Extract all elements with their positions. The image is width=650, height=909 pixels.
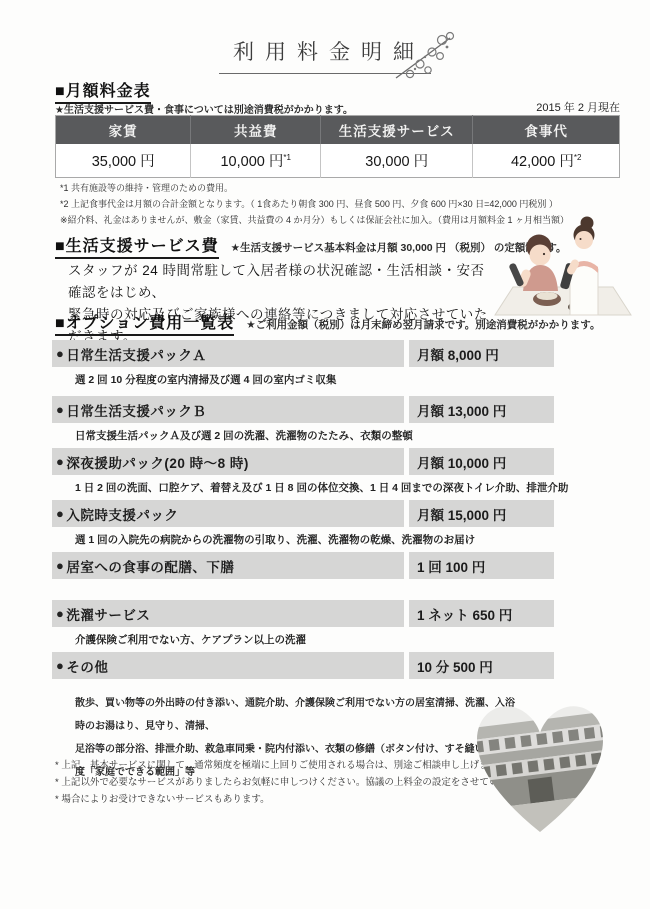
option-price-cell: 1 ネット 650 円 <box>409 600 554 627</box>
bullet-icon: ● <box>56 606 64 621</box>
other-option-detail-line1: 散歩、買い物等の外出時の付き添い、通院介助、介護保険ご利用でない方の居室清掃、洗… <box>75 692 515 738</box>
option-row-other: ●その他 10 分 500 円 <box>52 652 554 679</box>
common-fee-value: 10,000 円*1 <box>191 144 321 178</box>
option-desc-hospitalization-pack: 週 1 回の入院先の病院からの洗濯物の引取り、洗濯、洗濯物の乾燥、洗濯物のお届け <box>75 532 475 547</box>
support-heading: ■生活支援サービス費 <box>55 233 219 259</box>
bullet-icon: ● <box>56 506 64 521</box>
options-heading: ■オプション費用一覧表 <box>55 310 234 336</box>
rent-value: 35,000 円 <box>56 144 191 178</box>
option-name-cell: ●深夜援助パック(20 時～8 時) <box>52 448 404 475</box>
column-header-support-service: 生活支援サービス <box>321 116 473 145</box>
option-desc-daily-pack-a: 週 2 回 10 分程度の室内清掃及び週 4 回の室内ゴミ収集 <box>75 372 336 387</box>
footer-notes: * 上記、基本サービスに関して、通常頻度を極端に上回りご使用される場合は、別途ご… <box>55 757 485 808</box>
option-name-cell: ●日常生活支援パックＡ <box>52 340 404 367</box>
cooking-illustration <box>487 213 639 325</box>
option-price-cell: 月額 15,000 円 <box>409 500 554 527</box>
support-service-amount: 30,000 円 <box>365 154 428 170</box>
option-desc-laundry-service: 介護保険ご利用でない方、ケアプラン以上の洗濯 <box>75 632 306 647</box>
document-page: 利用料金明細 ■月額料金表 ★生活支援サービス費・食事については別途消費税がかか… <box>0 0 650 909</box>
option-name: その他 <box>66 656 108 676</box>
option-row-night-assist-pack: ●深夜援助パック(20 時～8 時) 月額 10,000 円 <box>52 448 554 475</box>
monthly-tax-note: ★生活支援サービス費・食事については別途消費税がかかります。 <box>55 101 353 116</box>
bullet-icon: ● <box>56 346 64 361</box>
options-note: ★ご利用金額（税別）は月末締め翌月請求です。別途消費税がかかります。 <box>246 319 600 331</box>
option-name-cell: ●その他 <box>52 652 404 679</box>
flower-sprig-icon <box>392 30 458 84</box>
option-name-cell: ●居室への食事の配膳、下膳 <box>52 552 404 579</box>
common-fee-footnote-mark: *1 <box>283 153 291 162</box>
common-fee-amount: 10,000 円 <box>220 154 283 170</box>
option-desc-night-assist-pack: 1 日 2 回の洗面、口腔ケア、着替え及び 1 日 8 回の体位交換、1 日 4… <box>75 480 568 495</box>
option-name-cell: ●洗濯サービス <box>52 600 404 627</box>
title-block: 利用料金明細 <box>0 36 650 74</box>
option-name-cell: ●日常生活支援パックＢ <box>52 396 404 423</box>
option-name-cell: ●入院時支援パック <box>52 500 404 527</box>
monthly-footnote-1: *1 共有施設等の維持・管理のための費用。 <box>60 181 233 194</box>
bullet-icon: ● <box>56 558 64 573</box>
column-header-meals: 食事代 <box>473 116 620 145</box>
monthly-footnote-2: *2 上記食事代金は月額の合計金額となります。（ 1食あたり朝食 300 円、昼… <box>60 197 558 210</box>
support-description-line1: スタッフが 24 時間常駐して入居者様の状況確認・生活相談・安否確認をはじめ、 <box>68 260 498 304</box>
option-name: 洗濯サービス <box>66 604 150 624</box>
as-of-date: 2015 年 2 月現在 <box>536 99 620 115</box>
option-name: 日常生活支援パックＢ <box>66 400 206 420</box>
option-price-cell: 1 回 100 円 <box>409 552 554 579</box>
footer-note-1: * 上記、基本サービスに関して、通常頻度を極端に上回りご使用される場合は、別途ご… <box>55 757 485 774</box>
price-table-header-row: 家賃 共益費 生活支援サービス 食事代 <box>56 116 620 145</box>
option-name: 日常生活支援パックＡ <box>66 344 206 364</box>
rent-amount: 35,000 円 <box>92 154 155 170</box>
option-row-daily-pack-a: ●日常生活支援パックＡ 月額 8,000 円 <box>52 340 554 367</box>
option-name: 入院時支援パック <box>66 504 178 524</box>
column-header-rent: 家賃 <box>56 116 191 145</box>
option-name: 居室への食事の配膳、下膳 <box>66 556 234 576</box>
meals-footnote-mark: *2 <box>574 153 582 162</box>
option-row-meal-serving: ●居室への食事の配膳、下膳 1 回 100 円 <box>52 552 554 579</box>
option-price-cell: 月額 10,000 円 <box>409 448 554 475</box>
heart-building-photo <box>468 690 613 845</box>
meals-amount: 42,000 円 <box>511 154 574 170</box>
option-row-hospitalization-pack: ●入院時支援パック 月額 15,000 円 <box>52 500 554 527</box>
option-desc-daily-pack-b: 日常支援生活パックＡ及び週 2 回の洗濯、洗濯物のたたみ、衣類の整頓 <box>75 428 413 443</box>
column-header-common-fee: 共益費 <box>191 116 321 145</box>
bullet-icon: ● <box>56 402 64 417</box>
meals-value: 42,000 円*2 <box>473 144 620 178</box>
option-price-cell: 月額 8,000 円 <box>409 340 554 367</box>
support-service-value: 30,000 円 <box>321 144 473 178</box>
option-row-daily-pack-b: ●日常生活支援パックＢ 月額 13,000 円 <box>52 396 554 423</box>
option-row-laundry-service: ●洗濯サービス 1 ネット 650 円 <box>52 600 554 627</box>
monthly-price-table: 家賃 共益費 生活支援サービス 食事代 35,000 円 10,000 円*1 … <box>55 115 620 178</box>
bullet-icon: ● <box>56 454 64 469</box>
bullet-icon: ● <box>56 658 64 673</box>
options-section-header: ■オプション費用一覧表★ご利用金額（税別）は月末締め翌月請求です。別途消費税がか… <box>55 310 600 336</box>
price-table-value-row: 35,000 円 10,000 円*1 30,000 円 42,000 円*2 <box>56 144 620 178</box>
option-name: 深夜援助パック(20 時～8 時) <box>66 452 249 472</box>
footer-note-2: * 上記以外で必要なサービスがありましたらお気軽に申しつけください。協議の上料金… <box>55 774 485 791</box>
footer-note-3: * 場合によりお受けできないサービスもあります。 <box>55 791 485 808</box>
option-price-cell: 月額 13,000 円 <box>409 396 554 423</box>
option-price-cell: 10 分 500 円 <box>409 652 554 679</box>
